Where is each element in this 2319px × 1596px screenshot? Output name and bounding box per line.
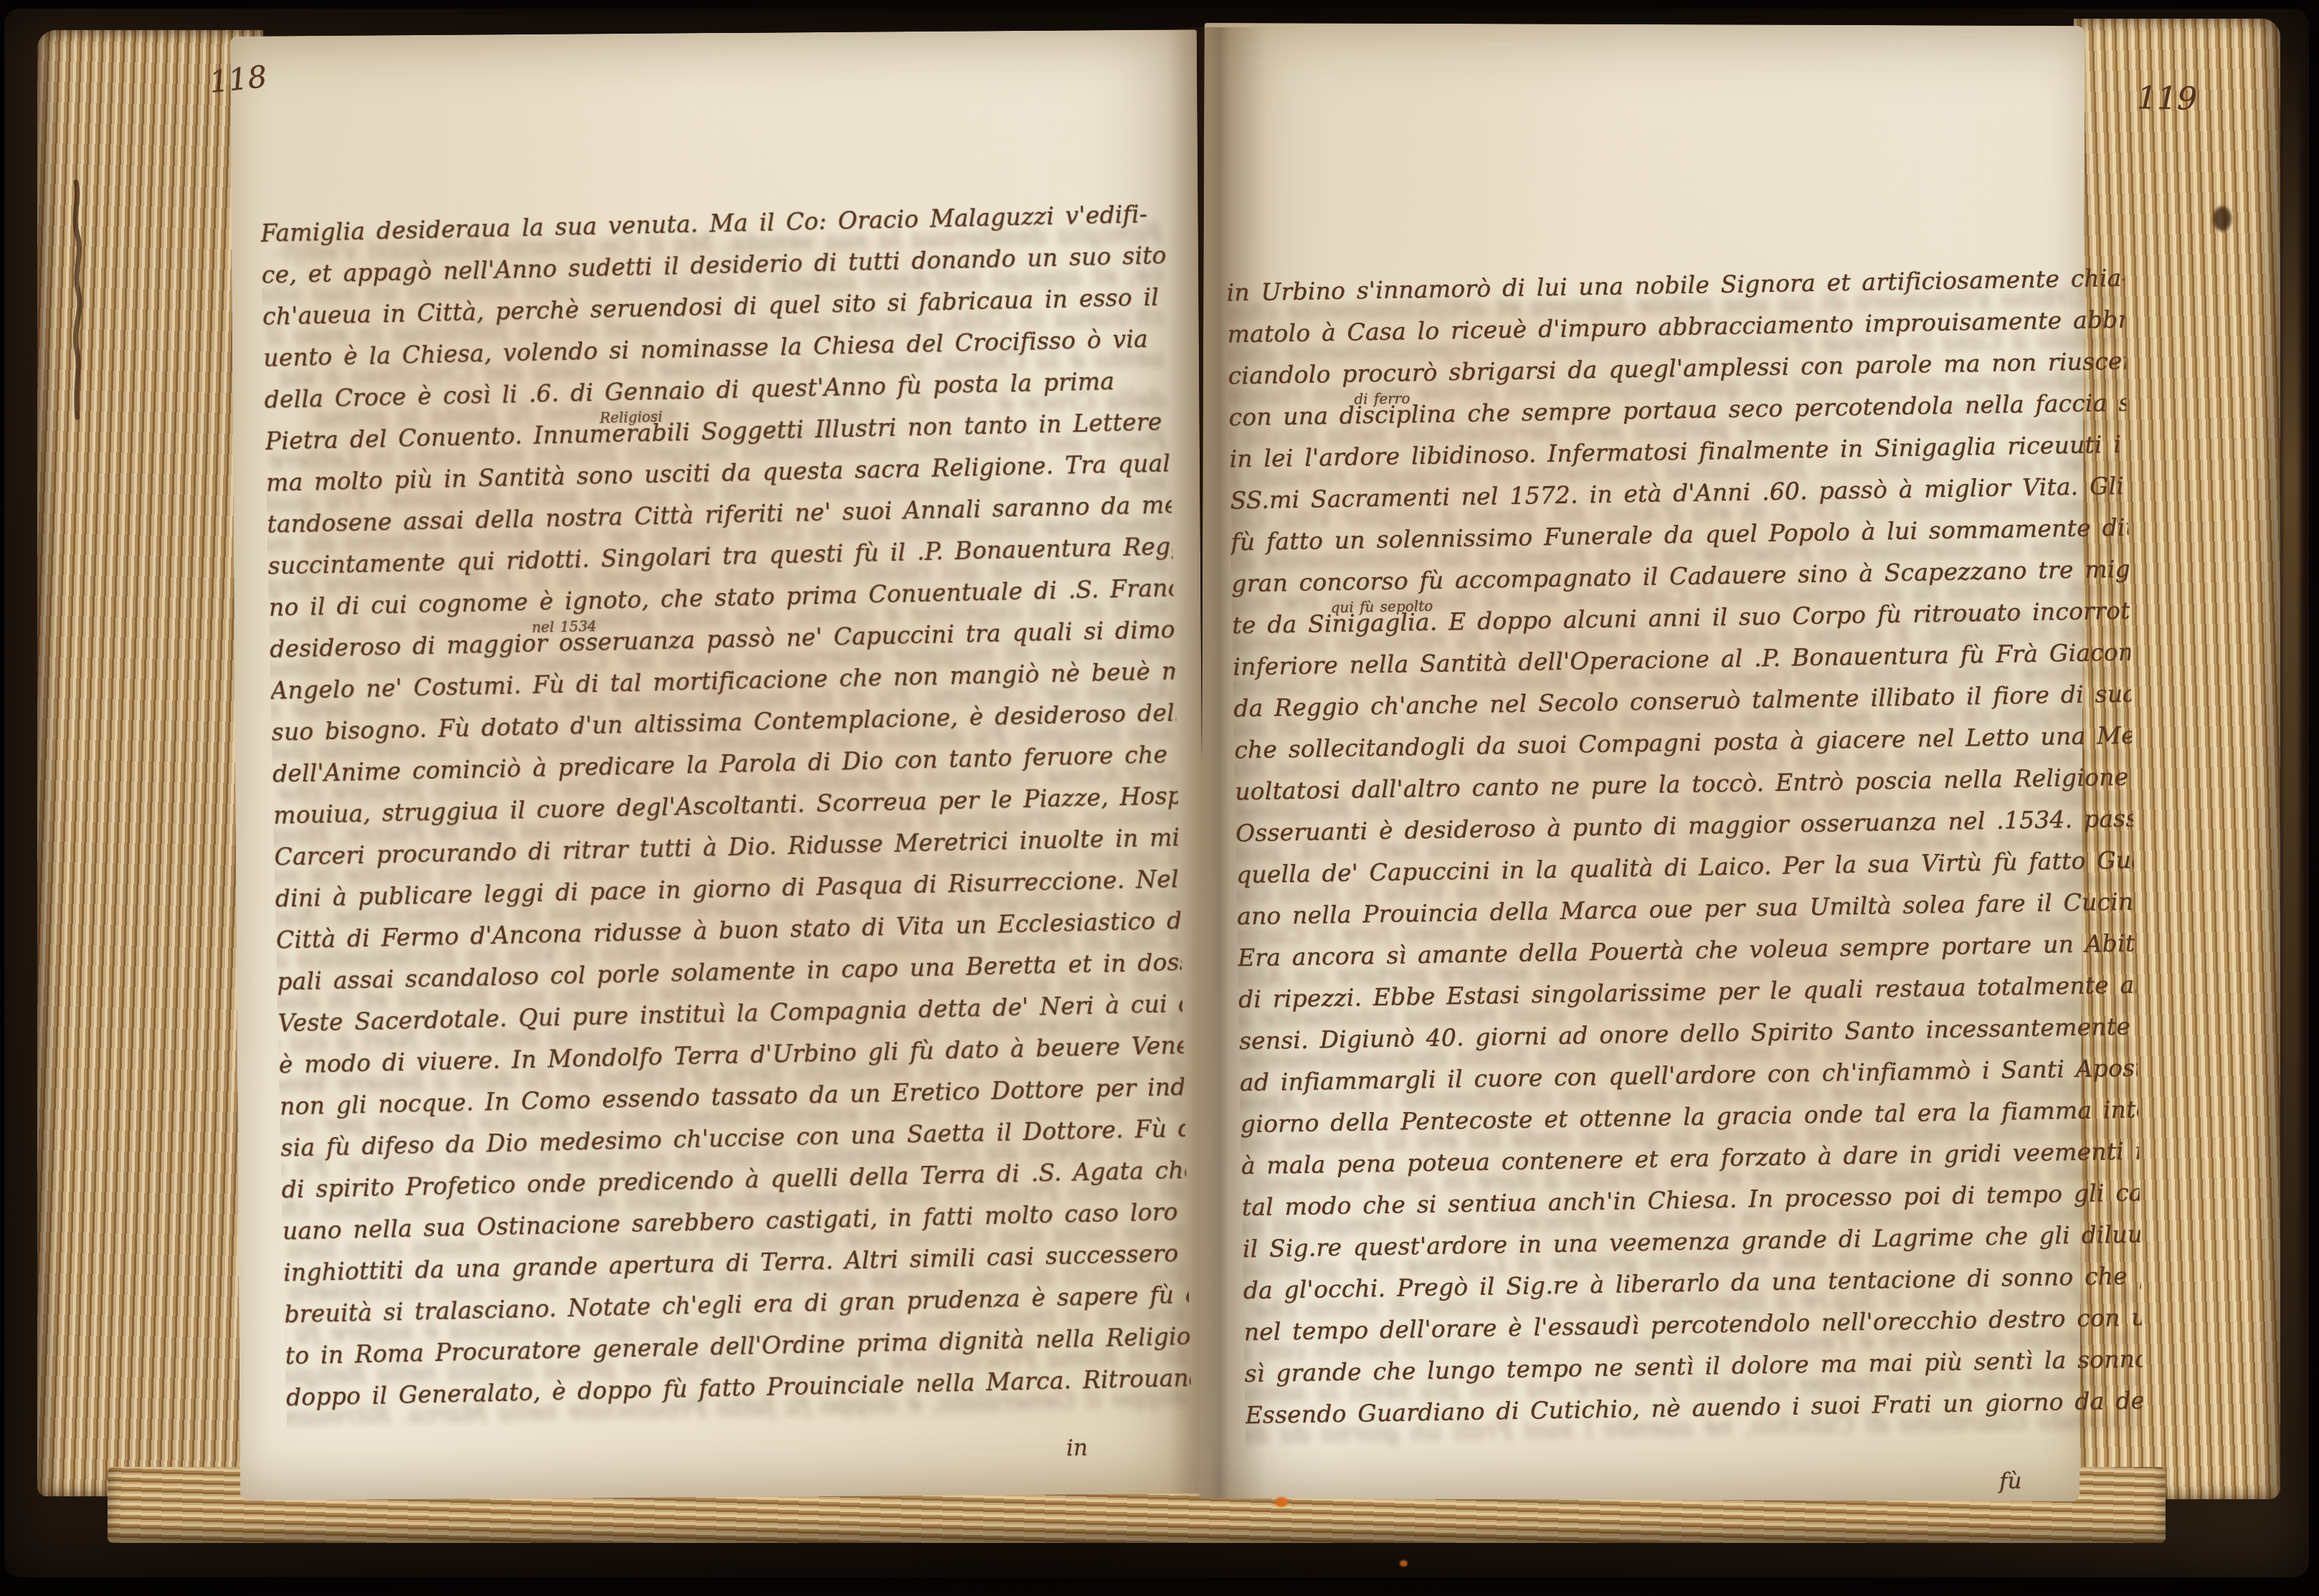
- page-number-left: 118: [208, 59, 269, 100]
- handwritten-text: Famiglia desideraua la sua venuta. Ma il…: [260, 199, 1191, 1425]
- handwritten-text: in Urbino s'innamorò di lui una nobile S…: [1226, 264, 2143, 1443]
- page-number-right: 119: [2137, 80, 2198, 117]
- fore-edge-ink-mark: [66, 178, 87, 422]
- catchword-right: fù: [1999, 1468, 2022, 1495]
- interlinear-insertion: Religiosi: [599, 408, 663, 427]
- catchword-left: in: [1066, 1435, 1089, 1462]
- interlinear-insertion: nel 1534: [531, 617, 597, 636]
- interlinear-insertion: di ferro: [1354, 389, 1410, 407]
- manuscript-photo: 118 119 Famiglia desideraua la sua venut…: [0, 0, 2319, 1596]
- right-page-text-block: in Urbino s'innamorò di lui una nobile S…: [1226, 264, 2143, 1469]
- interlinear-insertion: qui fù sepolto: [1330, 597, 1433, 616]
- left-page-text-block: Famiglia desideraua la sua venuta. Ma il…: [260, 199, 1192, 1470]
- cover-edge-highlight: [2282, 43, 2300, 1463]
